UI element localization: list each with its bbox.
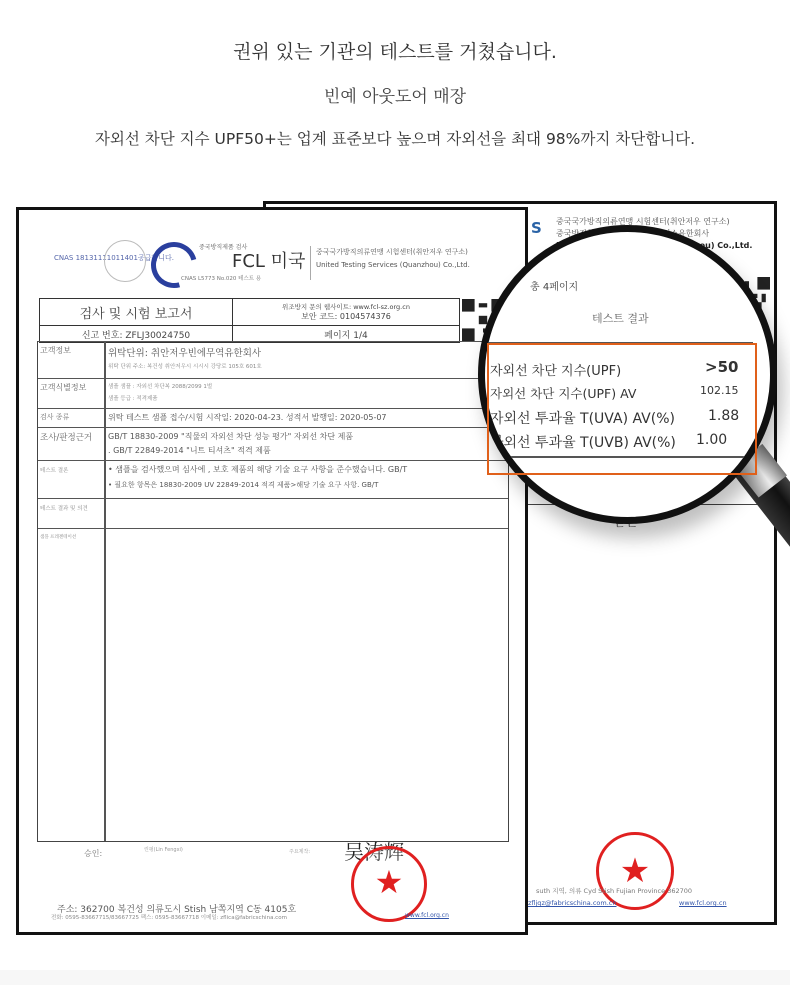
table-row: 고객식별정보 샘플 샘플 : 자외선 차단복 2088/2099 1벌 샘플 등… [38, 378, 508, 408]
back-org-kr-1: 중국국가방직의류연맹 시험센터(취안저우 연구소) [556, 216, 752, 228]
report-number: 신고 번호: ZFLJ30024750 [40, 326, 233, 343]
certification-logos: CNAS 18131111011401공급합니다. 중국방직제품 검사 FCL … [44, 234, 524, 289]
cnas-number: CNAS L5773 No.020 테스트 용 [181, 274, 261, 282]
row-value: • 필요한 항목은 18830-2009 UV 22849-2014 적격 제품… [108, 480, 378, 490]
row-value: 위탁 단위 주소: 복건성 취안저우시 시시시 강당로 105호 601호 [108, 362, 262, 370]
cma-logo-icon [143, 234, 206, 297]
bottom-band [0, 970, 790, 985]
report-title: 검사 및 시험 보고서 [40, 299, 233, 326]
table-row: 검사 종류 위탁 테스트 샘플 접수/시험 시작일: 2020-04-23. 성… [38, 408, 508, 427]
table-row: 샘플 프레젠테이션 [38, 528, 508, 841]
row-label: 테스트 결론 [40, 466, 68, 474]
fcl-logo: FCL 미국 [232, 247, 305, 273]
row-label: 조사/판정근거 [40, 431, 92, 443]
footer-website-link[interactable]: www.fcl.org.cn [405, 912, 449, 919]
row-label: 테스트 결과 및 의견 [40, 504, 100, 512]
lens-results-title: 테스트 결과 [592, 310, 649, 326]
results-highlight-box [487, 343, 757, 475]
row-label: 검사 종류 [40, 412, 69, 422]
org-en: United Testing Services (Quanzhou) Co.,L… [316, 259, 470, 272]
row-label: 고객정보 [40, 345, 71, 356]
anti-fake-info: 위조방지 문의 웹사이트: www.fcl-sz.org.cn 보안 코드: 0… [233, 299, 460, 326]
row-value: 위탁 테스트 샘플 접수/시험 시작일: 2020-04-23. 성적서 발행일… [108, 412, 387, 423]
back-email-link[interactable]: zfljqz@fabricschina.com.cn [528, 899, 617, 907]
headline-title: 권위 있는 기관의 테스트를 거쳤습니다. [0, 37, 790, 64]
report-details-table: 고객정보 위탁단위: 취안저우빈에무역유한회사 위탁 단위 주소: 복건성 취안… [37, 341, 509, 842]
table-row: 테스트 결론 • 샘플을 검사했으며 심사에 , 보호 제품의 해당 기술 요구… [38, 460, 508, 498]
security-code: 보안 코드: 0104574376 [234, 312, 458, 322]
back-address: suth 지역, 의류 Cyd Stish Fujian Province 36… [536, 886, 692, 895]
logo-divider [310, 246, 311, 280]
ilac-seal-icon [104, 240, 146, 282]
row-value: • 샘플을 검사했으며 심사에 , 보호 제품의 해당 기술 요구 사항을 준수… [108, 464, 407, 475]
official-stamp-front: ★ [351, 846, 427, 922]
report-header-table: 검사 및 시험 보고서 위조방지 문의 웹사이트: www.fcl-sz.org… [39, 298, 460, 343]
approver-name: 린펑(Lin Fengxi) [144, 846, 183, 853]
report-page-front: CNAS 18131111011401공급합니다. 중국방직제품 검사 FCL … [16, 207, 528, 935]
store-name: 빈예 아웃도어 매장 [0, 82, 790, 107]
table-row: 조사/판정근거 GB/T 18830-2009 "직물의 자외선 차단 성능 평… [38, 427, 508, 460]
row-label: 고객식별정보 [40, 382, 86, 393]
row-value: 샘플 등급 : 적격제품 [108, 394, 158, 402]
table-row: 테스트 결과 및 의견 [38, 498, 508, 528]
lens-total-pages: 총 4페이지 [530, 278, 578, 293]
org-kr: 중국국가방직의류연맹 시험센터(취안저우 연구소) [316, 246, 470, 259]
approval-label: 승인: [84, 848, 102, 859]
page-number: 페이지 1/4 [233, 326, 460, 343]
row-value: 샘플 샘플 : 자외선 차단복 2088/2099 1벌 [108, 382, 212, 390]
headline-subtitle: 자외선 차단 지수 UPF50+는 업계 표준보다 높으며 자외선을 최대 98… [0, 127, 790, 149]
anti-fake-site: 위조방지 문의 웹사이트: www.fcl-sz.org.cn [234, 302, 458, 312]
footer-contact: 전화: 0595-83667715/83667725 팩스: 0595-8366… [51, 913, 287, 921]
row-value: 위탁단위: 취안저우빈에무역유한회사 [108, 345, 261, 359]
row-value: . GB/T 22849-2014 "니트 티셔츠" 적격 제품 [108, 445, 271, 456]
row-value: GB/T 18830-2009 "직물의 자외선 차단 성능 평가" 자외선 차… [108, 431, 353, 442]
back-website-link[interactable]: www.fcl.org.cn [679, 899, 727, 907]
org-info: 중국국가방직의류연맹 시험센터(취안저우 연구소) United Testing… [316, 246, 470, 272]
table-row: 고객정보 위탁단위: 취안저우빈에무역유한회사 위탁 단위 주소: 복건성 취안… [38, 341, 508, 378]
row-label: 샘플 프레젠테이션 [40, 534, 76, 540]
reviewer-label: 주요제작: [289, 848, 310, 855]
